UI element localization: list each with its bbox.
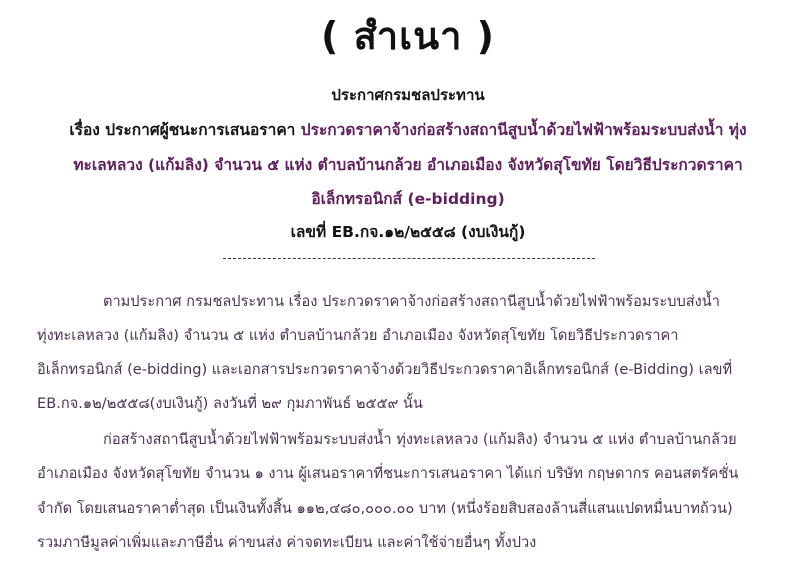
- paragraph-2-line-2: อำเภอเมือง จังหวัดสุโขทัย จำนวน ๑ งาน ผู…: [37, 463, 738, 485]
- issuer-heading: ประกาศกรมชลประทาน: [0, 84, 800, 106]
- reference-number: เลขที่ EB.กจ.๑๒/๒๕๕๘ (งบเงินกู้): [0, 221, 800, 243]
- copy-label: ( สำเนา ): [0, 10, 800, 62]
- subject-project-title: ประกวดราคาจ้างก่อสร้างสถานีสูบน้ำด้วยไฟฟ…: [301, 121, 747, 139]
- subject-prefix: เรื่อง ประกาศผู้ชนะการเสนอราคา: [69, 121, 295, 139]
- announcement-document: ( สำเนา ) ประกาศกรมชลประทาน เรื่อง ประกา…: [0, 0, 800, 565]
- subject-line-2: ทะเลหลวง (แก้มลิง) จำนวน ๕ แห่ง ตำบลบ้าน…: [0, 154, 800, 176]
- subject-line-1: เรื่อง ประกาศผู้ชนะการเสนอราคา ประกวดราค…: [0, 119, 800, 141]
- paragraph-2-line-3: จำกัด โดยเสนอราคาต่ำสุด เป็นเงินทั้งสิ้น…: [37, 498, 733, 520]
- separator-line: [223, 258, 595, 259]
- paragraph-2-line-1: ก่อสร้างสถานีสูบน้ำด้วยไฟฟ้าพร้อมระบบส่ง…: [103, 429, 737, 451]
- paragraph-1-line-3: อิเล็กทรอนิกส์ (e-bidding) และเอกสารประก…: [37, 359, 732, 381]
- paragraph-2-line-4: รวมภาษีมูลค่าเพิ่มและภาษีอื่น ค่าขนส่ง ค…: [37, 532, 536, 554]
- subject-line-3: อิเล็กทรอนิกส์ (e-bidding): [0, 188, 800, 210]
- paragraph-1-line-4: EB.กจ.๑๒/๒๕๕๘(งบเงินกู้) ลงวันที่ ๒๙ กุม…: [37, 393, 423, 415]
- paragraph-1-line-1: ตามประกาศ กรมชลประทาน เรื่อง ประกวดราคาจ…: [103, 291, 720, 313]
- paragraph-1-line-2: ทุ่งทะเลหลวง (แก้มลิง) จำนวน ๕ แห่ง ตำบล…: [37, 325, 678, 347]
